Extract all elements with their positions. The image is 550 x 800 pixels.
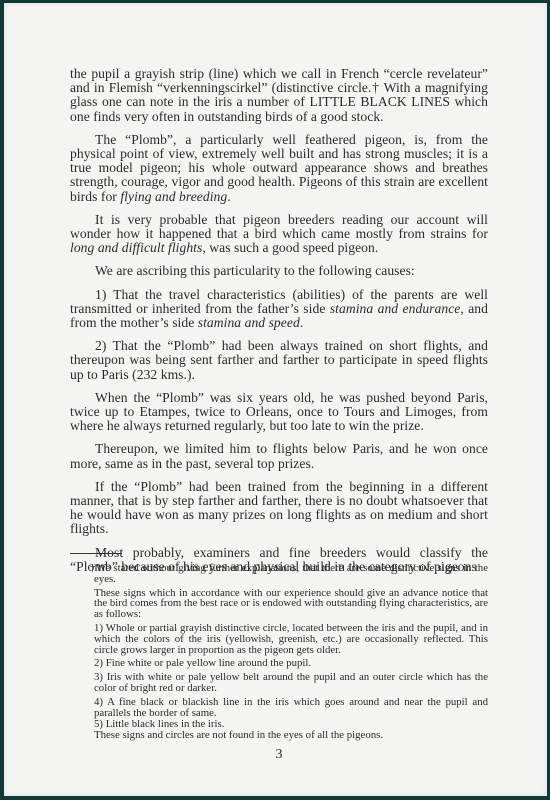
- paragraph: The “Plomb”, a particularly well feather…: [70, 133, 488, 204]
- paragraph: 2) That the “Plomb” had been always trai…: [70, 339, 488, 382]
- paragraph: 1) That the travel characteristics (abil…: [70, 288, 488, 331]
- footnote-lead: These signs which in accordance with our…: [94, 588, 488, 620]
- paragraph: If the “Plomb” had been trained from the…: [70, 480, 488, 537]
- body-text: the pupil a grayish strip (line) which w…: [70, 67, 488, 583]
- footnote-item-4: 4) A fine black or blackish line in the …: [94, 697, 488, 719]
- footnote-item-2: 2) Fine white or pale yellow line around…: [94, 658, 488, 669]
- page-number: 3: [4, 747, 550, 763]
- paragraph: the pupil a grayish strip (line) which w…: [70, 67, 488, 124]
- footnote: †We stated without giving further explan…: [94, 563, 488, 744]
- footnote-rule: [70, 553, 122, 554]
- footnote-item-3: 3) Iris with white or pale yellow belt a…: [94, 672, 488, 694]
- paragraph: It is very probable that pigeon breeders…: [70, 213, 488, 256]
- footnote-intro: †We stated without giving further explan…: [94, 563, 488, 585]
- footnote-item-1: 1) Whole or partial grayish distinctive …: [94, 623, 488, 655]
- scanned-page: the pupil a grayish strip (line) which w…: [4, 3, 547, 796]
- paragraph: We are ascribing this particularity to t…: [70, 264, 488, 278]
- paragraph: Thereupon, we limited him to flights bel…: [70, 442, 488, 470]
- paragraph: When the “Plomb” was six years old, he w…: [70, 391, 488, 434]
- footnote-closing: These signs and circles are not found in…: [94, 730, 488, 741]
